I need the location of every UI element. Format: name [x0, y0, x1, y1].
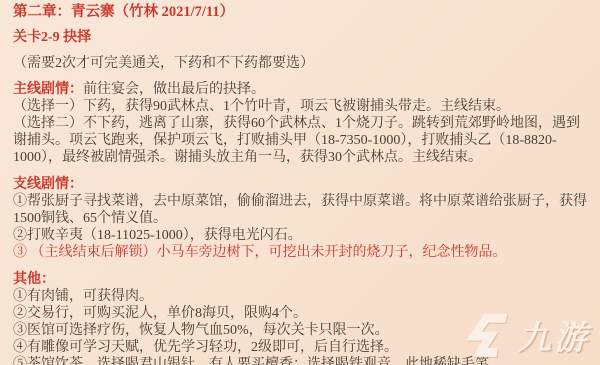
- side-quest-item: ②打败辛夷（18-11025-1000），获得电光闪石。: [13, 227, 588, 244]
- other-section: 其他： ①有肉铺，可获得肉。 ②交易行，可购买泥人，单价8海贝，限购4个。 ③医…: [13, 271, 588, 365]
- chapter-title: 第二章：青云寨（竹林 2021/7/11）: [13, 4, 588, 21]
- other-item: ③医馆可选择疗伤，恢复人物气血50%，每次关卡只限一次。: [13, 322, 588, 339]
- other-item: ②交易行，可购买泥人，单价8海贝，限购4个。: [13, 305, 588, 322]
- other-item: ⑤茶馆饮茶，选择喝君山银针，有人要买檀香；选择喝铁观音，此地稀缺毛笔: [13, 356, 588, 365]
- other-item: ④有雕像可学习天赋，优先学习轻功，2级即可，后自行选择。: [13, 339, 588, 356]
- main-plot-choice2: （选择二）不下药，逃离了山寨，获得60个武林点、1个烧刀子。跳转到荒郊野岭地图，…: [13, 115, 588, 166]
- main-plot-intro-line: 主线剧情：前往宴会，做出最后的抉择。: [13, 81, 588, 98]
- main-plot-choice1: （选择一）下药，获得90武林点、1个竹叶青，项云飞被谢捕头带走。主线结束。: [13, 98, 588, 115]
- main-plot-label: 主线剧情：: [13, 82, 83, 97]
- side-quest-label: 支线剧情：: [13, 176, 588, 193]
- main-plot-section: 主线剧情：前往宴会，做出最后的抉择。 （选择一）下药，获得90武林点、1个竹叶青…: [13, 81, 588, 166]
- side-quest-section: 支线剧情： ①帮张厨子寻找菜谱，去中原菜馆，偷偷溜进去，获得中原菜谱。将中原菜谱…: [13, 176, 588, 261]
- main-plot-intro: 前往宴会，做出最后的抉择。: [83, 82, 265, 97]
- completion-note: （需要2次才可完美通关，下药和不下药都要选）: [13, 55, 588, 72]
- side-quest-item: ③ （主线结束后解锁）小马车旁边树下，可挖出未开封的烧刀子，纪念性物品。: [13, 244, 588, 261]
- guide-page: 第二章：青云寨（竹林 2021/7/11） 关卡2-9 抉择 （需要2次才可完美…: [0, 0, 600, 365]
- other-item: ①有肉铺，可获得肉。: [13, 288, 588, 305]
- other-label: 其他：: [13, 271, 588, 288]
- level-subtitle: 关卡2-9 抉择: [13, 29, 588, 46]
- side-quest-item: ①帮张厨子寻找菜谱，去中原菜馆，偷偷溜进去，获得中原菜谱。将中原菜谱给张厨子，获…: [13, 193, 588, 227]
- guide-document: 第二章：青云寨（竹林 2021/7/11） 关卡2-9 抉择 （需要2次才可完美…: [0, 0, 600, 365]
